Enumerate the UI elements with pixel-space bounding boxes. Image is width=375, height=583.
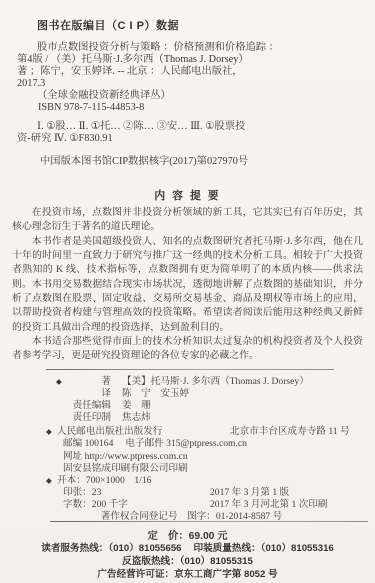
publisher-address: 北京市丰台区成寿寺路 11 号 — [230, 426, 350, 438]
colophon-block: ◆著【美】托马斯·J. 多尔西（Thomas J. Dorsey） ◆译陈 宁 … — [46, 376, 365, 523]
printed-sheets: 印张：23 — [63, 487, 101, 498]
author-name: 【美】托马斯·J. 多尔西（Thomas J. Dorsey） — [122, 376, 309, 387]
summary-title: 内 容 提 要 — [0, 188, 375, 203]
wordcount-impression-row: 字数：200 千字2017 年 3 月河北第 1 次印刷 — [46, 499, 365, 511]
summary-paragraph: 在投资市场，点数图并非投资分析领域的新工具，它其实已有百年历史，其核心理念衍生于… — [12, 206, 363, 235]
series-note: （全球金融投资新经典译丛） — [17, 90, 347, 102]
book-copyright-page: 图书在版编目（C I P）数据 股市点数图投资分析与策略 ：价格预测和价格追踪 … — [0, 0, 375, 583]
website-row: 网址 http://www.ptpress.com.cn — [46, 451, 365, 463]
diamond-bullet-icon: ◆ — [46, 475, 57, 487]
sheets-edition-row: 印张：232017 年 3 月第 1 版 — [46, 487, 365, 499]
impression-info: 2017 年 3 月河北第 1 次印刷 — [210, 499, 328, 511]
publisher-row: ◆人民邮电出版社出版发行北京市丰台区成寿寺路 11 号 — [46, 426, 365, 438]
printer-name: 固安县铭成印刷有限公司印刷 — [63, 463, 188, 474]
author-row: ◆著【美】托马斯·J. 多尔西（Thomas J. Dorsey） — [46, 376, 365, 388]
print-supervisor-name: 焦志炜 — [122, 412, 151, 423]
translator-label: 译 — [67, 388, 111, 400]
cip-record-line: 股市点数图投资分析与策略 ：价格预测和价格追踪 ： — [17, 42, 347, 54]
cip-record-line: 2017.3 — [17, 78, 347, 90]
format-spec: 开本：700×1000 1/16 — [57, 475, 151, 486]
summary-body: 在投资市场，点数图并非投资分析领域的新工具，它其实已有百年历史，其核心理念衍生于… — [12, 206, 363, 364]
cip-registry-line: 中国版本图书馆CIP数据核字(2017)第027970号 — [40, 152, 248, 167]
edition-info: 2017 年 3 月第 1 版 — [210, 487, 289, 499]
email: 电子邮件 315@ptpress.com.cn — [125, 438, 247, 449]
classification-line: 资-研究 Ⅳ. ①F830.91 — [17, 133, 347, 145]
printer-row: 固安县铭成印刷有限公司印刷 — [46, 463, 365, 475]
divider-rule — [46, 369, 334, 370]
postcode-email-row: 邮编 100164电子邮件 315@ptpress.com.cn — [46, 438, 365, 450]
print-supervisor-row: ◆责任印制焦志炜 — [46, 412, 365, 424]
diamond-bullet-icon: ◆ — [46, 426, 57, 438]
website: 网址 http://www.ptpress.com.cn — [63, 451, 188, 462]
translator-names: 陈 宁 安玉婷 — [122, 388, 189, 399]
cip-record-block: 股市点数图投资分析与策略 ：价格预测和价格追踪 ： 第4版 / （美）托马斯·J… — [17, 42, 347, 115]
classification-line: Ⅰ. ①股… Ⅱ. ①托… ②陈… ③安… Ⅲ. ①股票投 — [17, 121, 347, 133]
isbn-line: ISBN 978-7-115-44853-8 — [17, 102, 347, 114]
cip-header: 图书在版编目（C I P）数据 — [37, 17, 179, 33]
editor-row: ◆责任编辑姜 珊 — [46, 400, 365, 412]
antipiracy-hotline-line: 反盗版热线：（010）81055315 — [0, 553, 375, 567]
publisher-name: 人民邮电出版社出版发行 — [57, 426, 163, 437]
summary-paragraph: 本书作者是美国超级投资人、知名的点数图研究者托马斯·J.多尔西，他在几十年的时间… — [12, 235, 363, 335]
cip-record-line: 著 ；陈宁，安玉婷译. -- 北京 ：人民邮电出版社， — [17, 66, 347, 78]
diamond-bullet-icon: ◆ — [56, 376, 67, 388]
summary-paragraph: 本书适合那些觉得市面上的技术分析知识太过复杂的机构投资者及个人投资者参考学习，更… — [12, 335, 363, 364]
format-row: ◆开本：700×1000 1/16 — [46, 475, 365, 487]
service-hotline-line: 读者服务热线：（010）81055656印装质量热线：（010）81055316 — [0, 540, 375, 554]
word-count: 字数：200 千字 — [63, 499, 128, 510]
cip-record-line: 第4版 / （美）托马斯·J.多尔西（Thomas J. Dorsey） — [17, 54, 347, 66]
translator-row: ◆译陈 宁 安玉婷 — [46, 388, 365, 400]
author-label: 著 — [67, 376, 111, 388]
editor-label: 责任编辑 — [67, 400, 111, 412]
divider-rule — [50, 521, 368, 522]
editor-name: 姜 珊 — [122, 400, 151, 411]
print-supervisor-label: 责任印制 — [67, 412, 111, 424]
cip-classification-block: Ⅰ. ①股… Ⅱ. ①托… ②陈… ③安… Ⅲ. ①股票投 资-研究 Ⅳ. ①F… — [17, 121, 347, 145]
ad-license-line: 广告经营许可证：京东工商广字第 8052 号 — [0, 566, 375, 580]
postcode: 邮编 100164 — [63, 438, 113, 449]
